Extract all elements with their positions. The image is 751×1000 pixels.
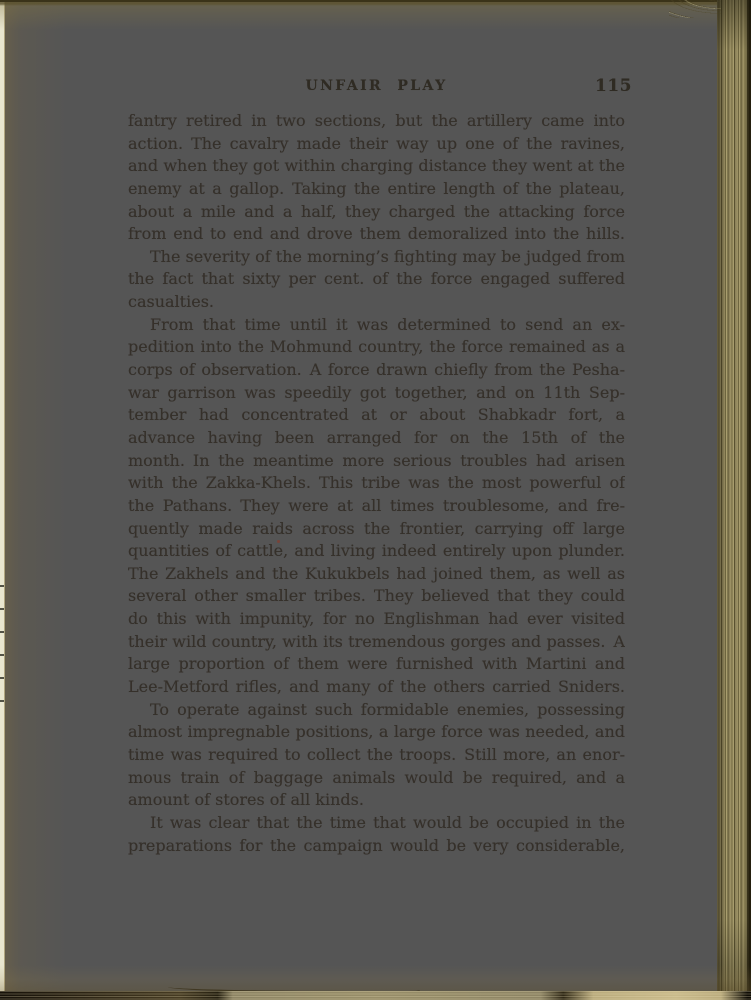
book-bottom-edge: [0, 991, 751, 1000]
text-line: The Zakhels and the Kukukbels had joined…: [128, 563, 625, 586]
text-line: fantry retired in two sections, but the …: [128, 110, 625, 133]
text-line: quently made raids across the frontier, …: [128, 518, 625, 541]
text-line: and when they got within charging distan…: [128, 155, 625, 178]
text-line: enemy at a gallop. Taking the entire len…: [128, 178, 625, 201]
book-top-edge: [0, 0, 751, 30]
text-line: month. In the meantime more serious trou…: [128, 450, 625, 473]
text-line: amount of stores of all kinds.: [128, 789, 625, 812]
text-line: action. The cavalry made their way up on…: [128, 133, 625, 156]
text-line: casualties.: [128, 291, 625, 314]
paper-speck: [277, 540, 280, 543]
left-edge-specks: [0, 585, 4, 707]
text-line: do this with impunity, for no Englishman…: [128, 608, 625, 631]
text-line: From that time until it was determined t…: [128, 314, 625, 337]
text-line: from end to end and drove them demoraliz…: [128, 223, 625, 246]
text-line: with the Zakka-Khels. This tribe was the…: [128, 472, 625, 495]
book-page-scan: UNFAIR PLAY 115 fantry retired in two se…: [0, 0, 751, 1000]
text-line: quantities of cattle, and living indeed …: [128, 540, 625, 563]
text-line: their wild country, with its tremendous …: [128, 631, 625, 654]
paragraph: The severity of the morning’s fighting m…: [128, 246, 625, 314]
text-line: several other smaller tribes. They belie…: [128, 585, 625, 608]
text-line: preparations for the campaign would be v…: [128, 835, 625, 858]
text-line: time was required to collect the troops.…: [128, 744, 625, 767]
paragraph: From that time until it was determined t…: [128, 314, 625, 699]
text-line: about a mile and a half, they charged th…: [128, 201, 625, 224]
paragraph: To operate against such formidable enemi…: [128, 699, 625, 812]
text-line: the fact that sixty per cent. of the for…: [128, 268, 625, 291]
page-number: 115: [595, 76, 632, 96]
top-right-page-curls: [669, 0, 721, 18]
text-line: mous train of baggage animals would be r…: [128, 767, 625, 790]
paragraph: It was clear that the time that would be…: [128, 812, 625, 857]
text-line: The severity of the morning’s fighting m…: [128, 246, 625, 269]
text-line: Lee-Metford rifles, and many of the othe…: [128, 676, 625, 699]
gutter-shadow: [4, 0, 66, 1000]
page-header: UNFAIR PLAY 115: [128, 78, 625, 100]
text-line: pedition into the Mohmund country, the f…: [128, 336, 625, 359]
paragraph: fantry retired in two sections, but the …: [128, 110, 625, 246]
text-line: To operate against such formidable enemi…: [128, 699, 625, 722]
text-line: large proportion of them were furnished …: [128, 653, 625, 676]
text-block: fantry retired in two sections, but the …: [128, 110, 625, 857]
text-line: corps of observation. A force drawn chie…: [128, 359, 625, 382]
text-line: war garrison was speedily got together, …: [128, 382, 625, 405]
running-title: UNFAIR PLAY: [128, 78, 625, 94]
text-line: It was clear that the time that would be…: [128, 812, 625, 835]
text-line: tember had concentrated at or about Shab…: [128, 404, 625, 427]
text-line: almost impregnable positions, a large fo…: [128, 721, 625, 744]
text-line: advance having been arranged for on the …: [128, 427, 625, 450]
text-line: the Pathans. They were at all times trou…: [128, 495, 625, 518]
page-edge-stack: [717, 0, 751, 1000]
